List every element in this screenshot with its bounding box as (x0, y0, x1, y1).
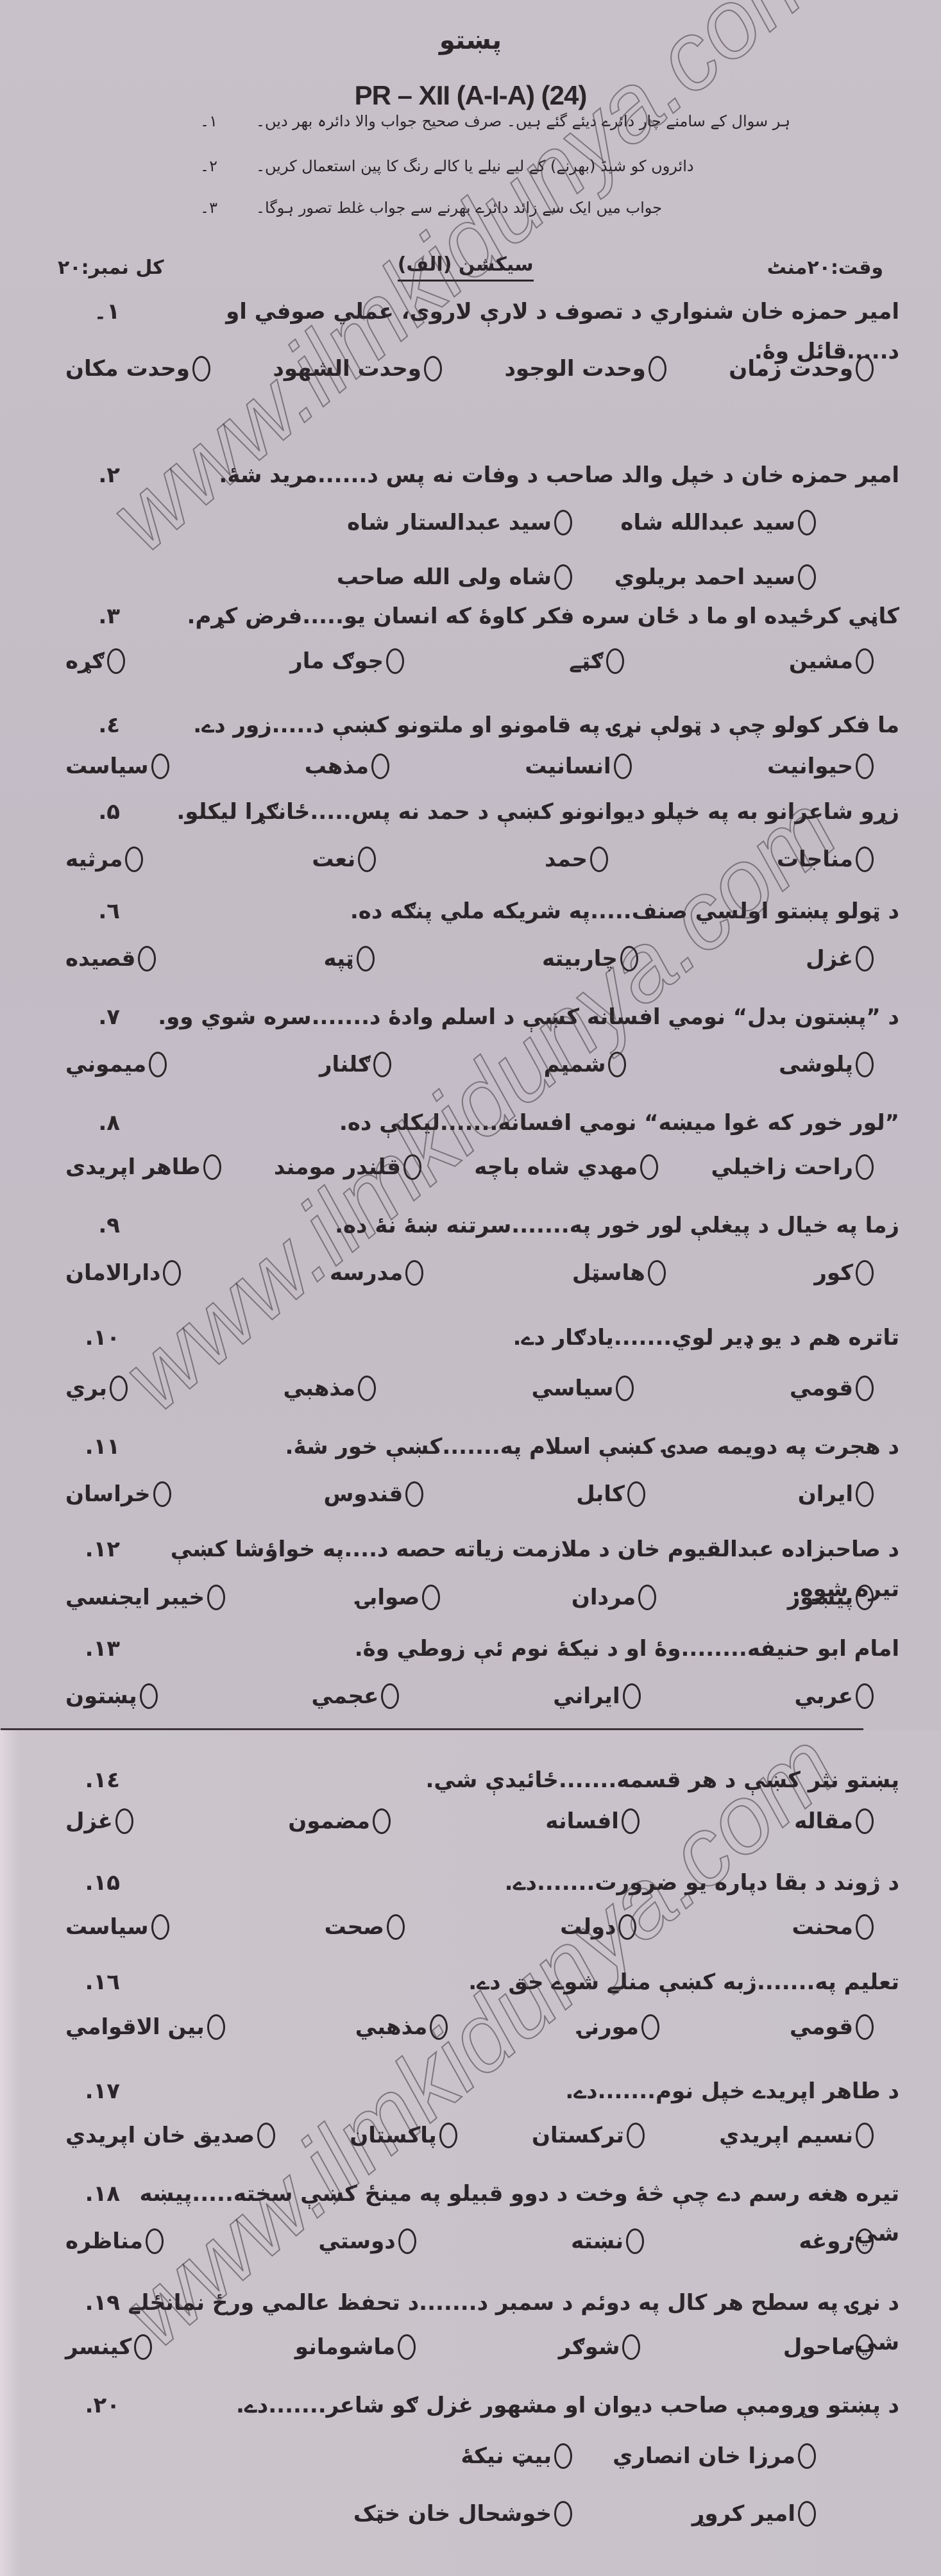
question-text: امام ابو حنیفه........وۀ او د نیکۀ نوم ئ… (120, 1629, 899, 1669)
answer-bubble[interactable] (614, 753, 632, 779)
answer-bubble[interactable] (257, 2123, 275, 2148)
answer-bubble[interactable] (387, 1914, 405, 1940)
answer-option[interactable]: پښتون (65, 1683, 158, 1709)
subject-title: پښتو (0, 26, 941, 55)
answer-bubble[interactable] (620, 946, 638, 972)
option-label: قومي (790, 2014, 853, 2040)
option-label: پلوشی (779, 1052, 853, 1077)
answer-option[interactable]: طاهر اپریدی (65, 1154, 221, 1180)
option-label: صدیق خان اپریدي (65, 2123, 255, 2148)
exam-meta-row: کل نمبر:۲۰ سیکشن (الف) وقت:۲۰منٹ (58, 251, 883, 283)
answer-option[interactable]: افسانه (545, 1808, 640, 1834)
question-10: ۱۰.تاتره هم د یو ډیر لوي.......یادګار دے… (53, 1318, 899, 1358)
answer-bubble[interactable] (554, 2443, 572, 2469)
answer-option[interactable]: ترکستان (532, 2123, 645, 2148)
answer-bubble[interactable] (856, 1808, 874, 1834)
answer-option[interactable]: ماشومانو (295, 2334, 416, 2360)
answer-bubble[interactable] (110, 1376, 128, 1401)
answer-bubble[interactable] (627, 1481, 645, 1507)
option-label: ګړه (65, 648, 105, 674)
answer-option[interactable]: مناظره (65, 2228, 164, 2254)
answer-bubble[interactable] (608, 1052, 626, 1077)
answer-bubble[interactable] (151, 753, 169, 779)
option-label: مورنۍ (578, 2014, 639, 2040)
answer-option[interactable]: نښته (571, 2228, 644, 2254)
options-row: کورهاسټلمدرسهدارالامان (65, 1260, 874, 1286)
question-number: ۷. (65, 997, 120, 1037)
options-row: حیوانیتانسانیتمذهبسیاست (65, 753, 874, 779)
option-label: شمیم (544, 1052, 606, 1077)
answer-bubble[interactable] (554, 2501, 572, 2527)
answer-bubble[interactable] (424, 356, 442, 382)
question-number: ۳. (65, 596, 120, 636)
question-text: د ټولو پښتو اولسي صنف.....په شریکه ملي پ… (120, 891, 899, 931)
answer-option[interactable]: چاربیته (542, 946, 638, 972)
question-text: ما فکر کولو چې د ټولې نړۍ په قامونو او م… (120, 705, 899, 745)
answer-option[interactable]: ټپه (324, 946, 375, 972)
question-14: ۱٤.پښتو نثر کښې د هر قسمه.......ځائیدې ش… (53, 1760, 899, 1800)
answer-option[interactable]: مذهبي (355, 2014, 448, 2040)
question-number: ۸. (65, 1103, 120, 1143)
question-text: تاتره هم د یو ډیر لوي.......یادګار دے. (120, 1318, 899, 1358)
answer-bubble[interactable] (648, 1260, 666, 1286)
answer-bubble[interactable] (590, 846, 608, 872)
answer-bubble[interactable] (140, 1683, 158, 1709)
instruction-number: ۲۔ (200, 157, 217, 175)
answer-bubble[interactable] (149, 1052, 167, 1077)
answer-option[interactable]: مذهبي (284, 1376, 377, 1401)
option-label: افسانه (545, 1808, 619, 1834)
answer-bubble[interactable] (403, 1154, 421, 1180)
option-label: ترکستان (532, 2123, 624, 2148)
option-label: سید احمد بریلوي (615, 564, 795, 590)
answer-option[interactable]: پیښور (788, 1584, 874, 1610)
answer-option[interactable]: غزل (65, 1808, 133, 1834)
answer-option[interactable]: سید احمد بریلوي (572, 564, 816, 590)
option-label: بیټ نیکۀ (461, 2443, 552, 2469)
question-text: پښتو نثر کښې د هر قسمه.......ځائیدې شي. (120, 1760, 899, 1800)
option-label: دوستي (318, 2228, 395, 2254)
answer-option[interactable]: قصیده (65, 946, 156, 972)
option-label: قلندر مومند (274, 1154, 401, 1180)
answer-option[interactable]: قلندر مومند (274, 1154, 421, 1180)
answer-option[interactable]: قومي (790, 2014, 874, 2040)
answer-bubble[interactable] (138, 946, 156, 972)
option-label: قندوس (323, 1481, 403, 1507)
answer-bubble[interactable] (626, 2228, 644, 2254)
options-row: پیښورمردانصوابۍخیبر ایجنسي (65, 1584, 874, 1610)
option-label: پیښور (788, 1585, 853, 1610)
answer-option[interactable]: کور (814, 1260, 874, 1286)
answer-option[interactable]: نعت (312, 846, 376, 872)
question-6: ٦.د ټولو پښتو اولسي صنف.....په شریکه ملي… (53, 891, 899, 931)
answer-option[interactable]: مناجات (777, 846, 874, 872)
options-row: پلوشیشمیمګلنارمیموني (65, 1052, 874, 1077)
question-13: ۱۳.امام ابو حنیفه........وۀ او د نیکۀ نو… (53, 1629, 899, 1669)
answer-bubble[interactable] (623, 1683, 641, 1709)
option-label: ماحول (783, 2334, 853, 2360)
question-15: ۱۵.د ژوند د بقا دپاره یو ضرورت.......دے. (53, 1863, 899, 1903)
option-label: نسیم اپریدي (719, 2123, 853, 2148)
answer-bubble[interactable] (856, 2334, 874, 2360)
answer-option[interactable]: هاسټل (572, 1260, 666, 1286)
answer-option[interactable]: قومي (790, 1376, 874, 1401)
answer-bubble[interactable] (622, 2334, 640, 2360)
question-text: د ژوند د بقا دپاره یو ضرورت.......دے. (120, 1863, 899, 1903)
option-label: مضمون (288, 1808, 370, 1834)
answer-bubble[interactable] (856, 2123, 874, 2148)
answer-bubble[interactable] (856, 1585, 874, 1610)
answer-bubble[interactable] (856, 753, 874, 779)
option-label: حمد (545, 846, 588, 872)
answer-option[interactable]: مدرسه (330, 1260, 423, 1286)
answer-bubble[interactable] (856, 1481, 874, 1507)
question-number: ۱۸. (65, 2174, 120, 2214)
answer-bubble[interactable] (856, 356, 874, 382)
paper-code: PR – XII (A-I-A) (24) (0, 80, 941, 111)
option-label: مذهبي (355, 2014, 428, 2040)
answer-bubble[interactable] (398, 2228, 416, 2254)
option-label: وحدت الشهود (273, 356, 421, 382)
option-label: روغه (799, 2228, 853, 2254)
question-5: ۵.زړو شاعرانو به په خپلو دیوانونو کښې د … (53, 792, 899, 832)
answer-option[interactable]: ایراني (553, 1683, 640, 1709)
question-7: ۷.د ”پښتون بدل“ نومي افسانه کښې د اسلم و… (53, 997, 899, 1037)
option-label: طاهر اپریدی (65, 1154, 201, 1180)
answer-bubble[interactable] (554, 510, 572, 535)
option-label: سیاسي (532, 1376, 614, 1401)
answer-option[interactable]: سیاست (65, 1914, 169, 1940)
answer-bubble[interactable] (203, 1154, 221, 1180)
answer-bubble[interactable] (422, 1585, 440, 1610)
answer-option[interactable]: شمیم (544, 1052, 627, 1077)
options-row: مرزا خان انصاريبیټ نیکۀ (328, 2443, 816, 2469)
answer-option[interactable]: سید عبدالله شاه (572, 510, 816, 535)
answer-bubble[interactable] (357, 946, 375, 972)
answer-option[interactable]: وحدت مکان (65, 356, 210, 382)
total-marks: کل نمبر:۲۰ (58, 257, 164, 279)
answer-option[interactable]: صدیق خان اپریدي (65, 2123, 275, 2148)
option-label: دارالامان (65, 1260, 160, 1286)
answer-option[interactable]: دوستي (318, 2228, 416, 2254)
option-label: سیاست (65, 753, 149, 779)
option-label: مذهبي (284, 1376, 356, 1401)
answer-option[interactable]: ماحول (783, 2334, 874, 2360)
question-16: ۱٦.تعلیم په.......ژبه کښې منلے شوے حق دے… (53, 1962, 899, 2002)
option-label: راحت زاخیلي (711, 1154, 853, 1180)
answer-bubble[interactable] (405, 1481, 423, 1507)
options-row: نسیم اپریديترکستانپاکستانصدیق خان اپریدي (65, 2123, 874, 2148)
instruction-text: ہر سوال کے سامنے چار دائرے دیئے گئے ہیں۔… (256, 112, 790, 130)
answer-option[interactable]: ایران (798, 1481, 874, 1507)
options-row: قوميسیاسيمذهبيبري (65, 1376, 874, 1401)
question-number: ۱٤. (65, 1760, 120, 1800)
answer-bubble[interactable] (641, 2014, 659, 2040)
answer-option[interactable]: حیوانیت (767, 753, 874, 779)
question-text: د پښتو وړومبې صاحب دیوان او مشهور غزل ګو… (120, 2386, 899, 2425)
instruction-text: دائروں کو شیڈ (بھرنے) کے لیے نیلے یا کال… (256, 157, 694, 175)
option-label: مرثیه (65, 846, 123, 872)
answer-bubble[interactable] (606, 648, 624, 674)
answer-option[interactable]: جوګ مار (290, 648, 404, 674)
answer-bubble[interactable] (134, 2334, 152, 2360)
options-row: مقالهافسانهمضمونغزل (65, 1808, 874, 1834)
option-label: ګټے (569, 648, 604, 674)
answer-option[interactable]: عربي (794, 1683, 874, 1709)
answer-option[interactable]: سیاست (65, 753, 169, 779)
answer-option[interactable]: بیټ نیکۀ (328, 2443, 572, 2469)
answer-bubble[interactable] (405, 1260, 423, 1286)
question-9: ۹.زما په خیال د پیغلې لور خور په.......س… (53, 1206, 899, 1245)
answer-option[interactable]: خراسان (65, 1481, 171, 1507)
answer-option[interactable]: مرثیه (65, 846, 143, 872)
answer-bubble[interactable] (439, 2123, 457, 2148)
option-label: کابل (576, 1481, 625, 1507)
option-label: محنت (792, 1914, 853, 1940)
answer-bubble[interactable] (638, 1585, 656, 1610)
answer-option[interactable]: خیبر ایجنسي (65, 1584, 225, 1610)
option-label: وحدت زمان (729, 356, 853, 382)
answer-option[interactable]: امیر کروړ (572, 2501, 816, 2527)
answer-option[interactable]: غزل (806, 946, 874, 972)
page-divider-line (1, 1728, 863, 1730)
answer-option[interactable]: کینسر (65, 2334, 152, 2360)
instruction-text: جواب میں ایک سے زائد دائرے بھرنے سے جواب… (256, 199, 662, 217)
answer-bubble[interactable] (856, 1683, 874, 1709)
question-2: ۲.امیر حمزه خان د خپل والد صاحب د وفات ن… (53, 455, 899, 495)
answer-bubble[interactable] (856, 1914, 874, 1940)
question-text: کاڼي کرځیده او ما د ځان سره فکر کاوۀ که … (120, 596, 899, 636)
answer-option[interactable]: بین الاقوامي (65, 2014, 225, 2040)
option-label: مدرسه (330, 1260, 403, 1286)
question-11: ۱۱.د هجرت په دویمه صدۍ کښې اسلام په.....… (53, 1427, 899, 1467)
option-label: غزل (65, 1808, 113, 1834)
time-allowed: وقت:۲۰منٹ (767, 257, 883, 279)
option-label: مشین (789, 648, 853, 674)
answer-option[interactable]: شاه ولی الله صاحب (328, 564, 572, 590)
instruction-number: ۱۔ (200, 112, 217, 130)
question-3: ۳.کاڼي کرځیده او ما د ځان سره فکر کاوۀ ک… (53, 596, 899, 636)
option-label: خراسان (65, 1481, 151, 1507)
option-label: مناجات (777, 846, 853, 872)
instruction-2: ۲۔ دائروں کو شیڈ (بھرنے) کے لیے نیلے یا … (200, 157, 842, 175)
answer-option[interactable]: روغه (799, 2228, 874, 2254)
option-label: ټپه (324, 946, 354, 972)
answer-option[interactable]: حمد (545, 846, 608, 872)
answer-bubble[interactable] (798, 510, 816, 535)
answer-bubble[interactable] (856, 2228, 874, 2254)
options-row: امیر کروړخوشحال خان خټک (328, 2501, 816, 2527)
question-number: ۱۔ (65, 292, 120, 332)
options-row: محنتدولتصحتسیاست (65, 1914, 874, 1940)
option-label: مناظره (65, 2228, 143, 2254)
option-label: هاسټل (572, 1260, 645, 1286)
options-row: قوميمورنۍمذهبيبین الاقوامي (65, 2014, 874, 2040)
options-row: مشینګټےجوګ مارګړه (65, 648, 874, 674)
answer-bubble[interactable] (192, 356, 210, 382)
option-label: دولت (560, 1914, 616, 1940)
answer-bubble[interactable] (153, 1481, 171, 1507)
answer-option[interactable]: ګلنار (319, 1052, 391, 1077)
option-label: وحدت مکان (65, 356, 190, 382)
answer-option[interactable]: مهدي شاه باچه (474, 1154, 658, 1180)
answer-option[interactable]: راحت زاخیلي (711, 1154, 874, 1180)
answer-bubble[interactable] (371, 753, 389, 779)
option-label: جوګ مار (290, 648, 384, 674)
answer-option[interactable]: بري (65, 1376, 128, 1401)
answer-bubble[interactable] (398, 2334, 416, 2360)
option-label: ګلنار (319, 1052, 371, 1077)
option-label: خیبر ایجنسي (65, 1585, 205, 1610)
answer-bubble[interactable] (627, 2123, 645, 2148)
answer-bubble[interactable] (856, 1376, 874, 1401)
answer-option[interactable]: سید عبدالستار شاه (328, 510, 572, 535)
question-text: د هجرت په دویمه صدۍ کښې اسلام په.......ک… (120, 1427, 899, 1467)
answer-bubble[interactable] (856, 648, 874, 674)
answer-option[interactable]: وحدت زمان (729, 356, 874, 382)
question-8: ۸.”لور خور که غوا میښه“ نومي افسانه.....… (53, 1103, 899, 1143)
options-row: وحدت زمانوحدت الوجودوحدت الشهودوحدت مکان (65, 356, 874, 382)
options-row: سید عبدالله شاهسید عبدالستار شاه (328, 510, 816, 535)
question-number: ۱۹. (65, 2283, 120, 2323)
answer-bubble[interactable] (358, 846, 376, 872)
answer-bubble[interactable] (381, 1683, 399, 1709)
answer-option[interactable]: ګړه (65, 648, 125, 674)
answer-option[interactable]: صوابۍ (357, 1584, 441, 1610)
answer-option[interactable]: وحدت الوجود (504, 356, 666, 382)
answer-bubble[interactable] (649, 356, 666, 382)
question-number: ۱۳. (65, 1629, 120, 1669)
option-label: بین الاقوامي (65, 2014, 205, 2040)
answer-bubble[interactable] (151, 1914, 169, 1940)
answer-bubble[interactable] (373, 1052, 391, 1077)
option-label: عجمي (311, 1683, 378, 1709)
options-row: عربيایرانيعجميپښتون (65, 1683, 874, 1709)
answer-bubble[interactable] (640, 1154, 658, 1180)
answer-option[interactable]: مرزا خان انصاري (572, 2443, 816, 2469)
answer-bubble[interactable] (207, 1585, 225, 1610)
answer-bubble[interactable] (856, 1154, 874, 1180)
answer-bubble[interactable] (622, 1808, 640, 1834)
question-number: ۱٦. (65, 1962, 120, 2002)
options-row: سید احمد بریلويشاه ولی الله صاحب (328, 564, 816, 590)
answer-option[interactable]: مردان (572, 1584, 656, 1610)
options-row: روغهنښتهدوستيمناظره (65, 2228, 874, 2254)
option-label: حیوانیت (767, 753, 853, 779)
answer-bubble[interactable] (107, 648, 125, 674)
answer-option[interactable]: عجمي (311, 1683, 399, 1709)
answer-option[interactable]: مذهب (305, 753, 389, 779)
answer-option[interactable]: مضمون (288, 1808, 391, 1834)
question-number: ۹. (65, 1206, 120, 1245)
options-row: ماحولشوګرماشومانوکینسر (65, 2334, 874, 2360)
question-text: ”لور خور که غوا میښه“ نومي افسانه.......… (120, 1103, 899, 1143)
answer-option[interactable]: قندوس (323, 1481, 423, 1507)
answer-bubble[interactable] (554, 564, 572, 590)
answer-bubble[interactable] (125, 846, 143, 872)
answer-option[interactable]: مورنۍ (578, 2014, 659, 2040)
option-label: صحت (325, 1914, 384, 1940)
question-number: ۱۷. (65, 2071, 120, 2111)
answer-bubble[interactable] (616, 1376, 634, 1401)
option-label: پښتون (65, 1683, 137, 1709)
answer-bubble[interactable] (856, 1260, 874, 1286)
answer-bubble[interactable] (146, 2228, 164, 2254)
answer-option[interactable]: پلوشی (779, 1052, 874, 1077)
answer-option[interactable]: میموني (65, 1052, 167, 1077)
answer-bubble[interactable] (358, 1376, 376, 1401)
option-label: عربي (794, 1683, 853, 1709)
options-row: غزلچاربیتهټپهقصیده (65, 946, 874, 972)
answer-bubble[interactable] (856, 2014, 874, 2040)
answer-bubble[interactable] (207, 2014, 225, 2040)
answer-bubble[interactable] (163, 1260, 181, 1286)
answer-option[interactable]: سیاسي (532, 1376, 634, 1401)
answer-option[interactable]: نسیم اپریدي (719, 2123, 874, 2148)
question-17: ۱۷.د طاهر اپریدے خپل نوم.......دے. (53, 2071, 899, 2111)
option-label: ماشومانو (295, 2334, 395, 2360)
answer-option[interactable]: انسانیت (525, 753, 631, 779)
answer-bubble[interactable] (386, 648, 404, 674)
answer-bubble[interactable] (430, 2014, 448, 2040)
answer-option[interactable]: دولت (560, 1914, 636, 1940)
question-number: ٦. (65, 891, 120, 931)
question-text: د طاهر اپریدے خپل نوم.......دے. (120, 2071, 899, 2111)
option-label: نښته (571, 2228, 623, 2254)
answer-bubble[interactable] (373, 1808, 391, 1834)
answer-option[interactable]: صحت (325, 1914, 405, 1940)
options-row: ایرانکابلقندوسخراسان (65, 1481, 874, 1507)
answer-option[interactable]: وحدت الشهود (273, 356, 442, 382)
answer-bubble[interactable] (115, 1808, 133, 1834)
option-label: کینسر (65, 2334, 131, 2360)
answer-bubble[interactable] (856, 946, 874, 972)
question-number: ٤. (65, 705, 120, 745)
answer-option[interactable]: کابل (576, 1481, 645, 1507)
question-4: ٤.ما فکر کولو چې د ټولې نړۍ په قامونو او… (53, 705, 899, 745)
answer-bubble[interactable] (798, 564, 816, 590)
question-number: ۱۰. (65, 1318, 120, 1358)
option-label: امیر کروړ (692, 2501, 795, 2527)
answer-option[interactable]: مقاله (794, 1808, 874, 1834)
answer-option[interactable]: پاکستان (350, 2123, 457, 2148)
option-label: شاه ولی الله صاحب (337, 564, 552, 590)
answer-bubble[interactable] (856, 1052, 874, 1077)
option-label: صوابۍ (357, 1584, 420, 1610)
question-number: ۱۱. (65, 1427, 120, 1467)
option-label: چاربیته (542, 946, 618, 972)
answer-bubble[interactable] (618, 1914, 636, 1940)
answer-option[interactable]: مشین (789, 648, 874, 674)
answer-bubble[interactable] (798, 2501, 816, 2527)
answer-option[interactable]: دارالامان (65, 1260, 181, 1286)
question-number: ۵. (65, 792, 120, 832)
question-number: ۲۰. (65, 2386, 120, 2425)
option-label: وحدت الوجود (504, 356, 645, 382)
answer-bubble[interactable] (856, 846, 874, 872)
option-label: شوګر (559, 2334, 620, 2360)
answer-option[interactable]: شوګر (559, 2334, 641, 2360)
question-text: امیر حمزه خان د خپل والد صاحب د وفات نه … (120, 455, 899, 495)
answer-option[interactable]: محنت (792, 1914, 874, 1940)
question-number: ۱۲. (65, 1529, 120, 1569)
option-label: قصیده (65, 946, 135, 972)
option-label: سیاست (65, 1914, 149, 1940)
answer-bubble[interactable] (798, 2443, 816, 2469)
answer-option[interactable]: ګټے (569, 648, 624, 674)
answer-option[interactable]: خوشحال خان خټک (328, 2501, 572, 2527)
option-label: خوشحال خان خټک (353, 2501, 552, 2527)
